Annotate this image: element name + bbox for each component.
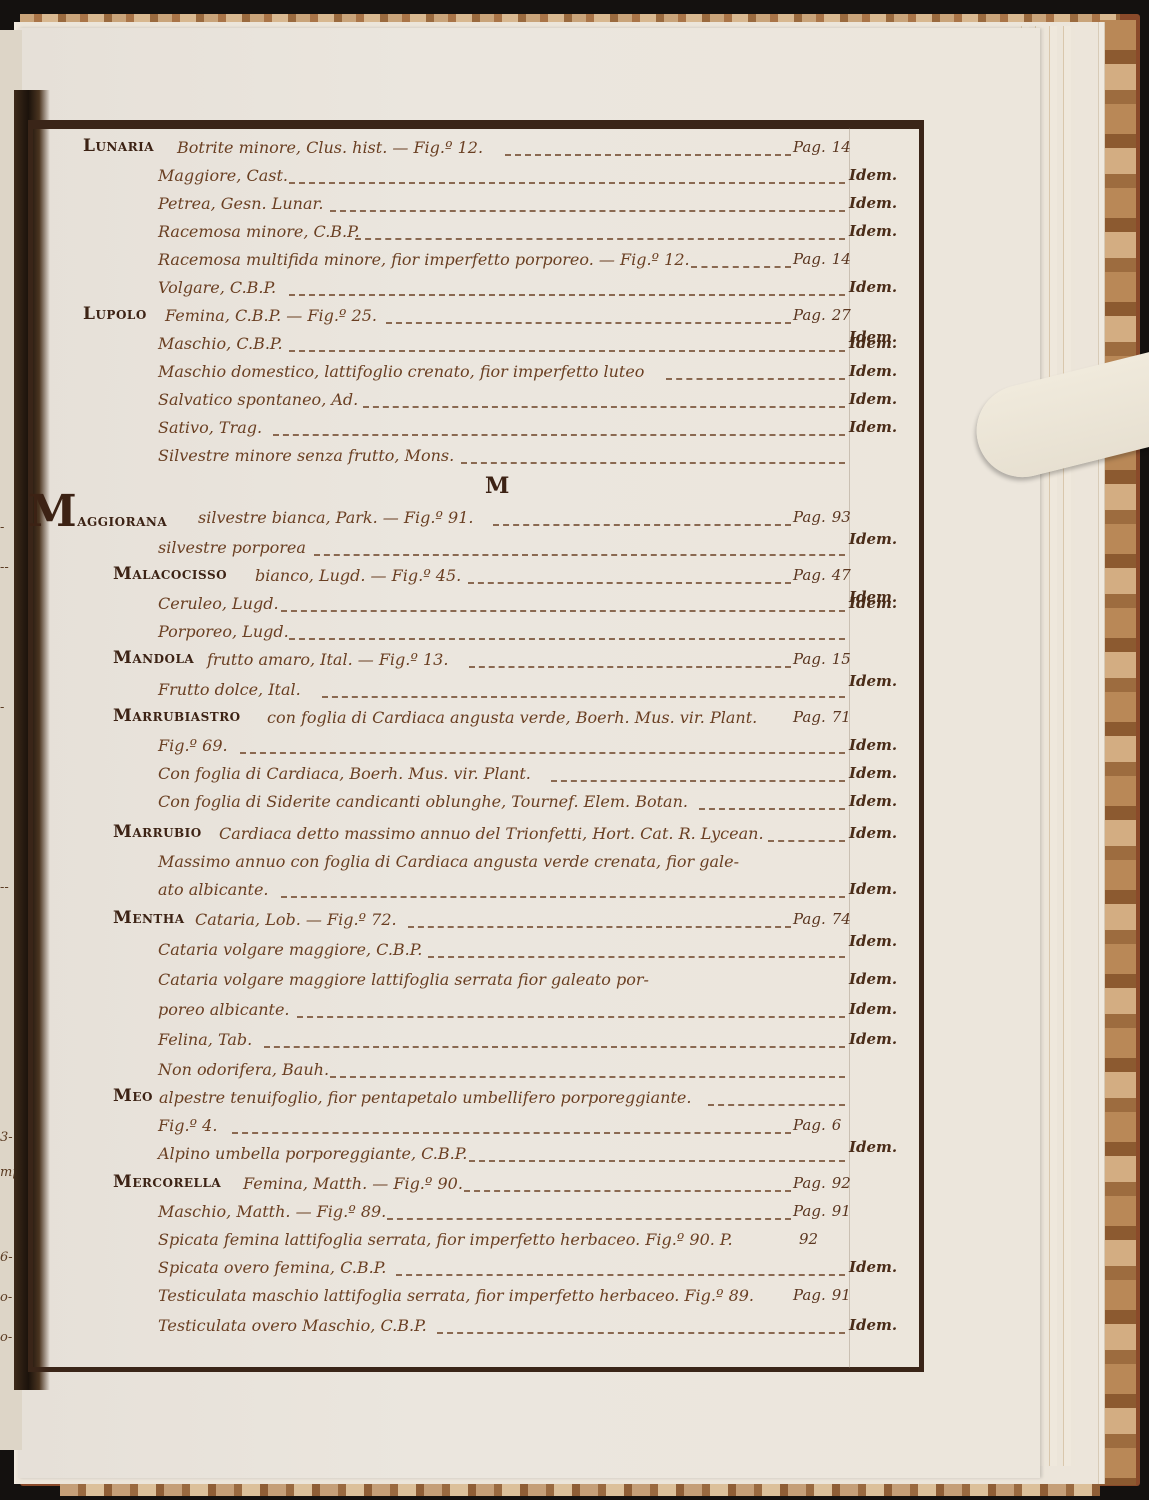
previous-page-text: - — [0, 700, 4, 715]
page-label: Pag. — [793, 650, 826, 668]
index-entry: Ceruleo, Lugd.Idem. — [33, 586, 921, 616]
dot-leader — [464, 1176, 791, 1192]
entry-description: silvestre bianca, Park. — Fig.º 91. — [198, 508, 473, 527]
page-number: 91 — [832, 1286, 851, 1304]
page-label: Pag. — [793, 1174, 826, 1192]
index-entry: LupoloFemina, C.B.P. — Fig.º 25.Pag.27Id… — [33, 298, 921, 328]
dot-leader — [691, 252, 791, 268]
entry-description: Racemosa minore, C.B.P. — [158, 222, 360, 241]
page-label: Pag. — [793, 708, 826, 726]
entry-description: bianco, Lugd. — Fig.º 45. — [255, 566, 461, 585]
entry-description: Con foglia di Siderite candicanti oblung… — [158, 792, 688, 811]
dot-leader — [666, 364, 845, 380]
entry-description: Volgare, C.B.P. — [158, 278, 276, 297]
index-entry: Marrubiastrocon foglia di Cardiaca angus… — [33, 700, 921, 730]
dot-leader — [355, 224, 845, 240]
page-reference: Pag.91 — [793, 1286, 851, 1304]
entry-description: Con foglia di Cardiaca, Boerh. Mus. vir.… — [158, 764, 531, 783]
entry-description: Spicata femina lattifoglia serrata, fior… — [158, 1230, 733, 1249]
entry-description: Cataria, Lob. — Fig.º 72. — [195, 910, 397, 929]
dot-leader — [768, 826, 845, 842]
previous-page-text: 6- — [0, 1250, 13, 1265]
dot-leader — [273, 420, 845, 436]
page-reference: Pag.93 — [793, 508, 851, 526]
entry-description: Testiculata maschio lattifoglia serrata,… — [158, 1286, 754, 1305]
dot-leader — [387, 1204, 791, 1220]
dot-leader — [330, 196, 845, 212]
index-entry: MercorellaFemina, Matth. — Fig.º 90.Pag.… — [33, 1166, 921, 1196]
entry-description: Testiculata overo Maschio, C.B.P. — [158, 1316, 427, 1335]
entry-description: Alpino umbella porporeggiante, C.B.P. — [158, 1144, 467, 1163]
entry-headword: Mercorella — [113, 1172, 221, 1192]
index-entry: Spicata femina lattifoglia serrata, fior… — [33, 1222, 921, 1252]
index-entry: Maschio domestico, lattifoglio crenato, … — [33, 354, 921, 384]
index-entry: Con foglia di Cardiaca, Boerh. Mus. vir.… — [33, 756, 921, 786]
index-entry: Racemosa multifida minore, fior imperfet… — [33, 242, 921, 272]
index-entry: Petrea, Gesn. Lunar.Idem. — [33, 186, 921, 216]
entry-description: Maggiore, Cast. — [158, 166, 288, 185]
entry-description: alpestre tenuifoglio, fior pentapetalo u… — [159, 1088, 691, 1107]
page-label: Pag. — [793, 1202, 826, 1220]
index-entry: Fig.º 4.Pag.6Idem. — [33, 1108, 921, 1138]
dot-leader — [551, 766, 845, 782]
dot-leader — [232, 1118, 791, 1134]
dot-leader — [699, 794, 845, 810]
previous-page-text: o- — [0, 1330, 12, 1345]
entry-description: Racemosa multifida minore, fior imperfet… — [158, 250, 690, 269]
page-number: 47 — [832, 566, 851, 584]
page-label: Pag. — [793, 910, 826, 928]
previous-page-text: -- — [0, 880, 9, 895]
index-entry: Testiculata maschio lattifoglia serrata,… — [33, 1278, 921, 1308]
idem-mark: Idem. — [849, 362, 897, 380]
entry-description: Botrite minore, Clus. hist. — Fig.º 12. — [177, 138, 483, 157]
index-entry: Meoalpestre tenuifoglio, fior pentapetal… — [33, 1080, 921, 1110]
entry-description: Silvestre minore senza frutto, Mons. — [158, 446, 454, 465]
dot-leader — [330, 1062, 845, 1078]
entry-description: Maschio domestico, lattifoglio crenato, … — [158, 362, 644, 381]
previous-page-text: 3- — [0, 1130, 13, 1145]
page-reference: Pag.47 — [793, 566, 851, 584]
dot-leader — [281, 882, 845, 898]
page-reference: Pag.92 — [793, 1174, 851, 1192]
dot-leader — [289, 624, 845, 640]
index-entry: Cataria volgare maggiore lattifoglia ser… — [33, 962, 921, 992]
idem-mark: Idem. — [849, 222, 897, 240]
page-reference: Pag.14 — [793, 138, 851, 156]
index-entry: Maggiore, Cast.Idem. — [33, 158, 921, 188]
index-entry: Sativo, Trag.Idem. — [33, 410, 921, 440]
entry-description: Porporeo, Lugd. — [158, 622, 289, 641]
page-reference: Pag.91 — [793, 1202, 851, 1220]
entry-description: Felina, Tab. — [158, 1030, 252, 1049]
idem-mark: Idem. — [849, 880, 897, 898]
index-entry: MarrubioCardiaca detto massimo annuo del… — [33, 816, 921, 846]
page-reference: Pag.71 — [793, 708, 851, 726]
index-entry: Felina, Tab.Idem. — [33, 1022, 921, 1052]
previous-page-text: o- — [0, 1290, 12, 1305]
dot-leader — [408, 912, 791, 928]
page-number: 6 — [832, 1116, 842, 1134]
dot-leader — [289, 168, 845, 184]
dot-leader — [493, 510, 791, 526]
entry-description: con foglia di Cardiaca angusta verde, Bo… — [267, 708, 757, 727]
dot-leader — [289, 280, 845, 296]
index-entry: MenthaCataria, Lob. — Fig.º 72.Pag.74Ide… — [33, 902, 921, 932]
page-number: 91 — [832, 1202, 851, 1220]
entry-description: Cataria volgare maggiore, C.B.P. — [158, 940, 422, 959]
page-reference: 92 — [793, 1230, 818, 1248]
index-entry: Mandolafrutto amaro, Ital. — Fig.º 13.Pa… — [33, 642, 921, 672]
entry-headword: Marrubio — [113, 822, 202, 842]
dot-leader — [289, 336, 845, 352]
idem-mark: Idem. — [849, 824, 897, 842]
index-entry: Non odorifera, Bauh. — [33, 1052, 921, 1082]
idem-mark: Idem. — [849, 1000, 897, 1018]
dot-leader — [386, 308, 791, 324]
page-label: Pag. — [793, 1286, 826, 1304]
index-entry: Porporeo, Lugd. — [33, 614, 921, 644]
page-label: Pag. — [793, 306, 826, 324]
page-reference: Pag.74 — [793, 910, 851, 928]
page-reference: Pag.15 — [793, 650, 851, 668]
entry-description: Femina, C.B.P. — Fig.º 25. — [165, 306, 377, 325]
entry-description: Cardiaca detto massimo annuo del Trionfe… — [219, 824, 764, 843]
entry-headword: Marrubiastro — [113, 706, 241, 726]
entry-description: Fig.º 4. — [158, 1116, 217, 1135]
page-reference: Pag.27 — [793, 306, 851, 324]
entry-description: Massimo annuo con foglia di Cardiaca ang… — [158, 852, 739, 871]
page-number: 92 — [799, 1230, 818, 1248]
dot-leader — [297, 1002, 845, 1018]
idem-mark: Idem. — [849, 792, 897, 810]
page-reference: Pag.6 — [793, 1116, 841, 1134]
entry-description: Maschio, Matth. — Fig.º 89. — [158, 1202, 386, 1221]
entry-headword: Mentha — [113, 908, 185, 928]
page-label: Pag. — [793, 1116, 826, 1134]
entry-description: Spicata overo femina, C.B.P. — [158, 1258, 386, 1277]
index-entry: LunariaBotrite minore, Clus. hist. — Fig… — [33, 130, 921, 160]
page-label: Pag. — [793, 250, 826, 268]
idem-mark: Idem. — [849, 764, 897, 782]
idem-mark: Idem. — [849, 390, 897, 408]
dot-leader — [505, 140, 791, 156]
dot-leader — [314, 540, 845, 556]
entry-headword: Mandola — [113, 648, 194, 668]
idem-mark: Idem. — [849, 1316, 897, 1334]
idem-mark: Idem. — [849, 194, 897, 212]
idem-mark: Idem. — [849, 970, 897, 988]
idem-mark: Idem. — [849, 166, 897, 184]
index-entry: Malacocissobianco, Lugd. — Fig.º 45.Pag.… — [33, 558, 921, 588]
index-entry: Volgare, C.B.P.Idem. — [33, 270, 921, 300]
page-number: 93 — [832, 508, 851, 526]
entry-headword: Meo — [113, 1086, 153, 1106]
dot-leader — [396, 1260, 845, 1276]
index-entry: Fig.º 69.Idem. — [33, 728, 921, 758]
index-entries: M LunariaBotrite minore, Clus. hist. — F… — [33, 128, 921, 1368]
page-number: 27 — [832, 306, 851, 324]
page-reference: Pag.14 — [793, 250, 851, 268]
page-number: 92 — [832, 1174, 851, 1192]
dot-leader — [322, 682, 845, 698]
page-number: 74 — [832, 910, 851, 928]
index-entry: Salvatico spontaneo, Ad.Idem. — [33, 382, 921, 412]
page-label: Pag. — [793, 566, 826, 584]
index-entry: Maggioranasilvestre bianca, Park. — Fig.… — [33, 500, 921, 530]
idem-mark: Idem. — [849, 334, 897, 352]
entry-description: ato albicante. — [158, 880, 269, 899]
entry-description: Sativo, Trag. — [158, 418, 262, 437]
dot-leader — [461, 448, 845, 464]
entry-description: Frutto dolce, Ital. — [158, 680, 301, 699]
page-number: 15 — [832, 650, 851, 668]
index-entry: Maschio, Matth. — Fig.º 89.Pag.91 — [33, 1194, 921, 1224]
index-entry: Spicata overo femina, C.B.P.Idem. — [33, 1250, 921, 1280]
entry-description: Fig.º 69. — [158, 736, 228, 755]
entry-description: Maschio, C.B.P. — [158, 334, 283, 353]
page-label: Pag. — [793, 508, 826, 526]
idem-mark: Idem. — [849, 278, 897, 296]
index-entry: Testiculata overo Maschio, C.B.P.Idem. — [33, 1308, 921, 1338]
idem-mark: Idem. — [849, 418, 897, 436]
entry-description: silvestre porporea — [158, 538, 306, 557]
dot-leader — [428, 942, 845, 958]
page-label: Pag. — [793, 138, 826, 156]
dot-leader — [264, 1032, 845, 1048]
entry-description: Non odorifera, Bauh. — [158, 1060, 329, 1079]
index-entry: Con foglia di Siderite candicanti oblung… — [33, 784, 921, 814]
entry-description: Cataria volgare maggiore lattifoglia ser… — [158, 970, 649, 989]
section-letter-heading: M — [485, 473, 509, 499]
idem-mark: Idem. — [849, 594, 897, 612]
index-entry: Alpino umbella porporeggiante, C.B.P. — [33, 1136, 921, 1166]
dot-leader — [708, 1090, 845, 1106]
entry-description: frutto amaro, Ital. — Fig.º 13. — [207, 650, 448, 669]
page-number: 14 — [832, 138, 851, 156]
entry-headword: Lunaria — [83, 136, 154, 156]
dot-leader — [469, 1146, 845, 1162]
entry-description: poreo albicante. — [158, 1000, 290, 1019]
entry-description: Salvatico spontaneo, Ad. — [158, 390, 358, 409]
page-number: 71 — [832, 708, 851, 726]
index-entry: Cataria volgare maggiore, C.B.P. — [33, 932, 921, 962]
page-number: 14 — [832, 250, 851, 268]
index-entry: poreo albicante.Idem. — [33, 992, 921, 1022]
marbled-fore-edge — [1100, 20, 1136, 1485]
previous-page-text: -- — [0, 560, 9, 575]
dot-leader — [468, 568, 791, 584]
dot-leader — [240, 738, 845, 754]
index-entry: Maschio, C.B.P.Idem. — [33, 326, 921, 356]
dot-leader — [363, 392, 845, 408]
idem-mark: Idem. — [849, 1030, 897, 1048]
dot-leader — [437, 1318, 845, 1334]
index-entry: silvestre porporea — [33, 530, 921, 560]
idem-mark: Idem. — [849, 736, 897, 754]
index-entry: ato albicante.Idem. — [33, 872, 921, 902]
index-entry: Silvestre minore senza frutto, Mons. — [33, 438, 921, 468]
entry-description: Petrea, Gesn. Lunar. — [158, 194, 323, 213]
index-entry: Frutto dolce, Ital. — [33, 672, 921, 702]
entry-headword: Malacocisso — [113, 564, 227, 584]
entry-description: Ceruleo, Lugd. — [158, 594, 279, 613]
previous-page-text: - — [0, 520, 4, 535]
entry-headword: Lupolo — [83, 304, 147, 324]
dot-leader — [469, 652, 791, 668]
dot-leader — [281, 596, 845, 612]
entry-description: Femina, Matth. — Fig.º 90. — [243, 1174, 463, 1193]
index-entry: Massimo annuo con foglia di Cardiaca ang… — [33, 844, 921, 874]
idem-mark: Idem. — [849, 1258, 897, 1276]
index-entry: Racemosa minore, C.B.P.Idem. — [33, 214, 921, 244]
